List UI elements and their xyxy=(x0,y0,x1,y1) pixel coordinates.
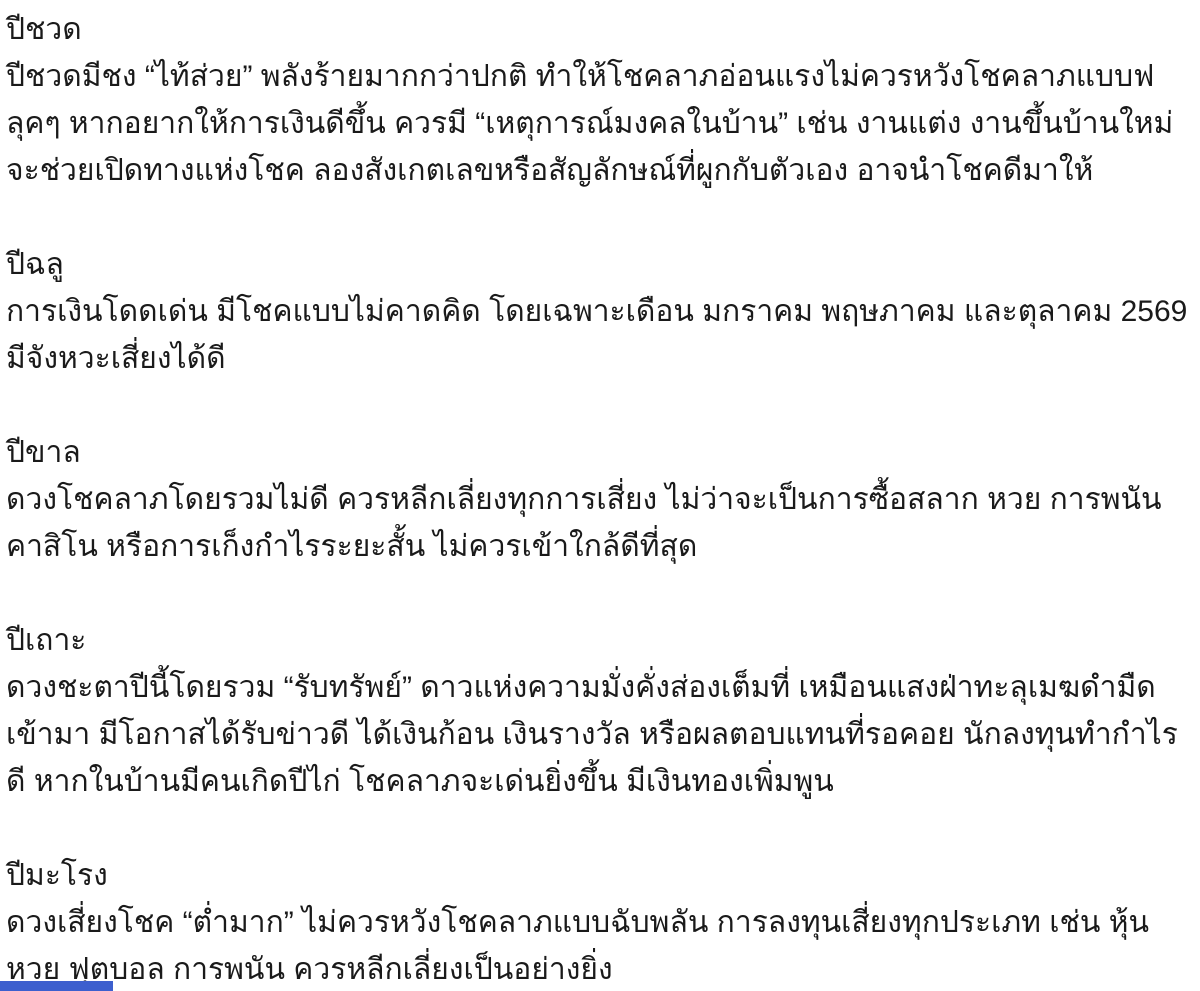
section-year-dragon: ปีมะโรง ดวงเสี่ยงโชค “ต่ำมาก” ไม่ควรหวัง… xyxy=(6,852,1194,991)
section-year-rat: ปีชวด ปีชวดมีชง “ไท้ส่วย” พลังร้ายมากกว่… xyxy=(6,6,1194,194)
zodiac-heading-dragon: ปีมะโรง xyxy=(6,852,1194,899)
zodiac-body-rat: ปีชวดมีชง “ไท้ส่วย” พลังร้ายมากกว่าปกติ … xyxy=(6,53,1194,194)
zodiac-body-tiger: ดวงโชคลาภโดยรวมไม่ดี ควรหลีกเลี่ยงทุกการ… xyxy=(6,476,1194,570)
zodiac-body-ox: การเงินโดดเด่น มีโชคแบบไม่คาดคิด โดยเฉพา… xyxy=(6,288,1194,382)
zodiac-heading-rat: ปีชวด xyxy=(6,6,1194,53)
zodiac-body-rabbit: ดวงชะตาปีนี้โดยรวม “รับทรัพย์” ดาวแห่งคว… xyxy=(6,664,1194,805)
zodiac-heading-ox: ปีฉลู xyxy=(6,241,1194,288)
section-year-rabbit: ปีเถาะ ดวงชะตาปีนี้โดยรวม “รับทรัพย์” ดา… xyxy=(6,617,1194,805)
zodiac-heading-rabbit: ปีเถาะ xyxy=(6,617,1194,664)
horoscope-article: ปีชวด ปีชวดมีชง “ไท้ส่วย” พลังร้ายมากกว่… xyxy=(0,0,1200,991)
video-progress-bar[interactable] xyxy=(0,981,113,991)
zodiac-heading-tiger: ปีขาล xyxy=(6,429,1194,476)
zodiac-body-dragon: ดวงเสี่ยงโชค “ต่ำมาก” ไม่ควรหวังโชคลาภแบ… xyxy=(6,899,1194,991)
section-year-tiger: ปีขาล ดวงโชคลาภโดยรวมไม่ดี ควรหลีกเลี่ยง… xyxy=(6,429,1194,570)
section-year-ox: ปีฉลู การเงินโดดเด่น มีโชคแบบไม่คาดคิด โ… xyxy=(6,241,1194,382)
